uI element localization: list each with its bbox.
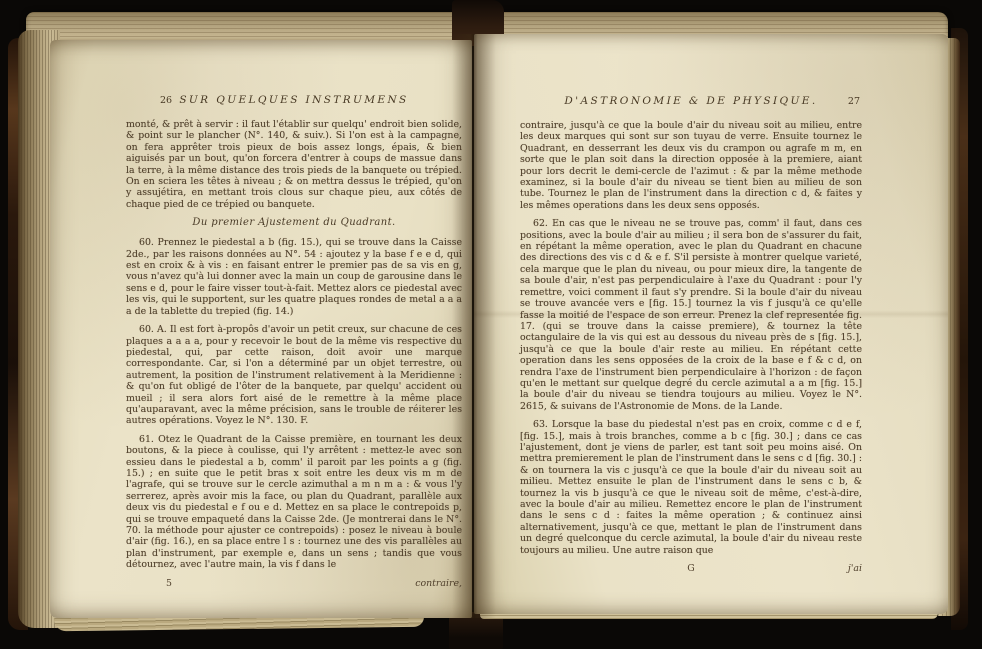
- right-page-footer: G j'ai: [520, 563, 862, 574]
- book-photo-scene: 26 SUR QUELQUES INSTRUMENS monté, & prêt…: [0, 0, 982, 649]
- paragraph-60a: 60. A. Il est fort à-propôs d'avoir un p…: [126, 324, 462, 427]
- paragraph-continuation-right: contraire, jusqu'à ce que la boule d'air…: [520, 120, 862, 211]
- left-catchword: contraire,: [415, 578, 462, 589]
- left-signature-mark: 5: [126, 578, 172, 589]
- paragraph-60: 60. Prennez le piedestal a b (fig. 15.),…: [126, 237, 462, 317]
- right-running-header: D'ASTRONOMIE & DE PHYSIQUE. 27: [520, 95, 862, 107]
- left-page: 26 SUR QUELQUES INSTRUMENS monté, & prêt…: [50, 40, 472, 618]
- left-running-title: SUR QUELQUES INSTRUMENS: [179, 94, 408, 106]
- left-running-header: 26 SUR QUELQUES INSTRUMENS: [126, 94, 462, 106]
- paragraph-continuation-left: monté, & prêt à servir : il faut l'établ…: [126, 119, 462, 210]
- right-running-title: D'ASTRONOMIE & DE PHYSIQUE.: [564, 95, 817, 107]
- right-page-number: 27: [848, 96, 860, 107]
- paragraph-62: 62. En cas que le niveau ne se trouve pa…: [520, 218, 862, 412]
- right-page-text-block: D'ASTRONOMIE & DE PHYSIQUE. 27 contraire…: [520, 95, 862, 574]
- left-page-number: 26: [160, 95, 172, 106]
- paragraph-61: 61. Otez le Quadrant de la Caisse premiè…: [126, 434, 462, 571]
- right-catchword: j'ai: [848, 563, 862, 574]
- right-page: D'ASTRONOMIE & DE PHYSIQUE. 27 contraire…: [474, 34, 948, 614]
- paragraph-63: 63. Lorsque la base du piedestal n'est p…: [520, 419, 862, 556]
- left-page-footer: 5 contraire,: [126, 578, 462, 589]
- right-signature-mark: G: [687, 563, 695, 574]
- left-page-text-block: 26 SUR QUELQUES INSTRUMENS monté, & prêt…: [126, 94, 462, 589]
- right-footer-spacer: [520, 563, 687, 574]
- section-heading: Du premier Ajustement du Quadrant.: [126, 217, 462, 228]
